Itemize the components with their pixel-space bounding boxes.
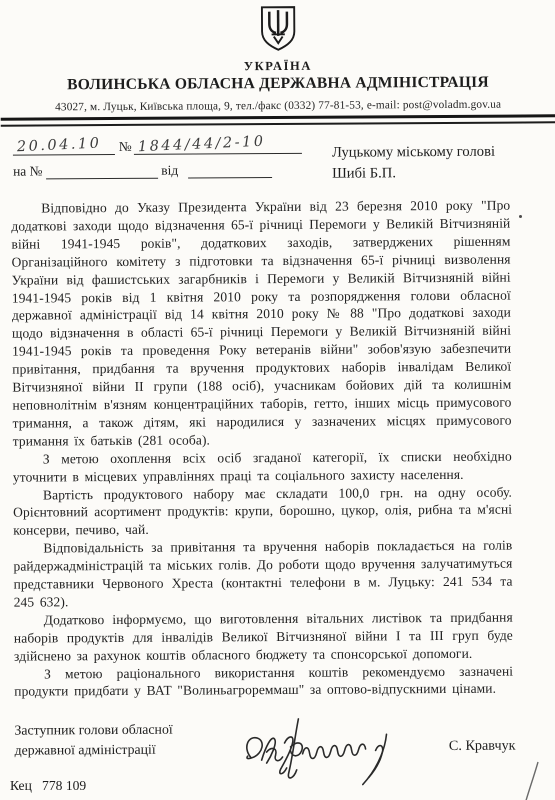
paragraph: З метою раціонального використання кошті… bbox=[14, 662, 513, 701]
recipient-block: Луцькому міському голові Шибі Б.П. bbox=[332, 135, 544, 184]
recipient-name: Шибі Б.П. bbox=[332, 162, 544, 184]
outgoing-date-handwritten: 20.04.10 bbox=[17, 135, 102, 155]
ukraine-coat-of-arms-icon bbox=[0, 3, 555, 58]
paragraph: Додатково інформуємо, що виготовлення ві… bbox=[14, 608, 513, 665]
organization-address: 43027, м. Луцьк, Київська площа, 9, тел.… bbox=[1, 98, 555, 113]
signature-block: Заступник голови обласної державної адмі… bbox=[4, 698, 555, 797]
outgoing-date-field: 20.04.10 bbox=[13, 138, 115, 156]
signer-name: С. Кравчук bbox=[449, 718, 542, 756]
outgoing-reference: 20.04.10№1844/44/2-10 на № від bbox=[13, 137, 321, 187]
letterhead: УКРАЇНА ВОЛИНСЬКА ОБЛАСНА ДЕРЖАВНА АДМІН… bbox=[0, 0, 555, 127]
letter-body: Відповідно до Указу Президента України в… bbox=[1, 183, 555, 701]
number-sign-label: № bbox=[115, 139, 134, 154]
reply-to-label: на № bbox=[13, 163, 43, 178]
scanned-letter-page: УКРАЇНА ВОЛИНСЬКА ОБЛАСНА ДЕРЖАВНА АДМІН… bbox=[0, 0, 555, 800]
reference-block: 20.04.10№1844/44/2-10 на № від Луцькому … bbox=[1, 123, 555, 186]
organization-name: ВОЛИНСЬКА ОБЛАСНА ДЕРЖАВНА АДМІНІСТРАЦІЯ bbox=[0, 73, 555, 94]
reply-number-field bbox=[46, 162, 158, 180]
scan-speck bbox=[519, 215, 522, 218]
reply-date-field bbox=[188, 161, 272, 179]
paragraph: Вартість продуктового набору має складат… bbox=[13, 483, 512, 540]
paragraph: З метою охоплення всіх осіб згаданої кат… bbox=[13, 447, 512, 486]
paragraph: Відповідно до Указу Президента України в… bbox=[11, 197, 512, 451]
scan-stray-mark bbox=[521, 760, 541, 800]
executor-note: Кец 778 109 bbox=[10, 778, 86, 794]
recipient-title: Луцькому міському голові bbox=[332, 141, 544, 163]
handwritten-signature bbox=[234, 705, 405, 796]
signer-position: Заступник голови обласної державної адмі… bbox=[14, 720, 210, 760]
outgoing-number-handwritten: 1844/44/2-10 bbox=[137, 134, 265, 156]
signer-position-line1: Заступник голови обласної bbox=[14, 720, 210, 741]
signer-position-line2: державної адміністрації bbox=[15, 739, 211, 760]
reply-from-label: від bbox=[161, 163, 178, 178]
paragraph: Відповідальність за привітання та вручен… bbox=[13, 537, 512, 612]
outgoing-number-field: 1844/44/2-10 bbox=[134, 137, 302, 155]
